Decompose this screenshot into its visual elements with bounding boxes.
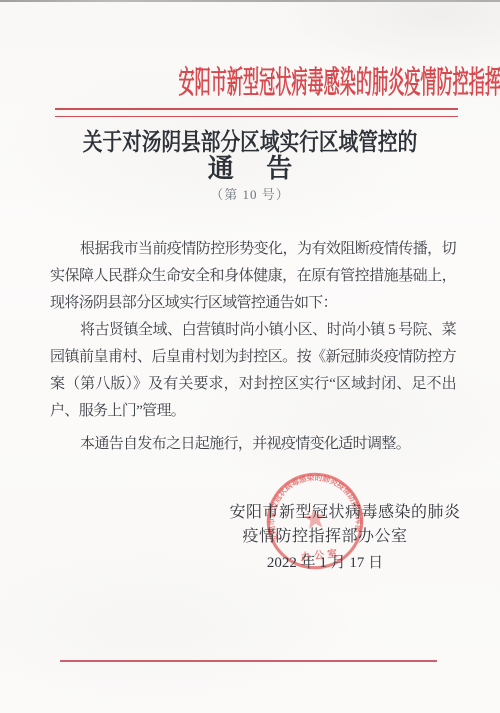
signature-org-line2: 疫情防控指挥部办公室	[180, 525, 470, 549]
issuer-masthead: 安阳市新型冠状病毒感染的肺炎疫情防控指挥部办公室	[0, 57, 500, 102]
notice-type-title: 通 告	[0, 154, 500, 184]
scanned-notice-page: 安阳市新型冠状病毒感染的肺炎疫情防控指挥部办公室 关于对汤阴县部分区域实行区域管…	[0, 0, 500, 713]
notice-paragraph: 本通告自发布之日起施行，并视疫情变化适时调整。	[50, 431, 456, 458]
notice-title: 关于对汤阴县部分区域实行区域管控的	[45, 129, 455, 157]
footer-rule	[60, 660, 437, 662]
notice-paragraph: 根据我市当前疫情防控形势变化，为有效阻断疫情传播，切实保障人民群众生命安全和身体…	[50, 236, 456, 317]
masthead-divider	[55, 108, 458, 117]
issuer-name: 安阳市新型冠状病毒感染的肺炎疫情防控指挥部办公室	[179, 57, 500, 102]
signature-org-line1: 安阳市新型冠状病毒感染的肺炎	[180, 501, 500, 525]
doc-number: （第 10 号）	[0, 186, 500, 204]
signature-date: 2022 年 1 月 17 日	[180, 551, 470, 575]
signature-block: 安阳市新型冠状病毒感染的肺炎 疫情防控指挥部办公室 2022 年 1 月 17 …	[180, 501, 500, 575]
notice-paragraph: 将古贤镇全域、白营镇时尚小镇小区、时尚小镇 5 号院、菜园镇前皇甫村、后皇甫村划…	[50, 317, 456, 425]
scan-edge-artifact	[0, 0, 500, 2]
notice-body: 根据我市当前疫情防控形势变化，为有效阻断疫情传播，切实保障人民群众生命安全和身体…	[50, 236, 456, 458]
